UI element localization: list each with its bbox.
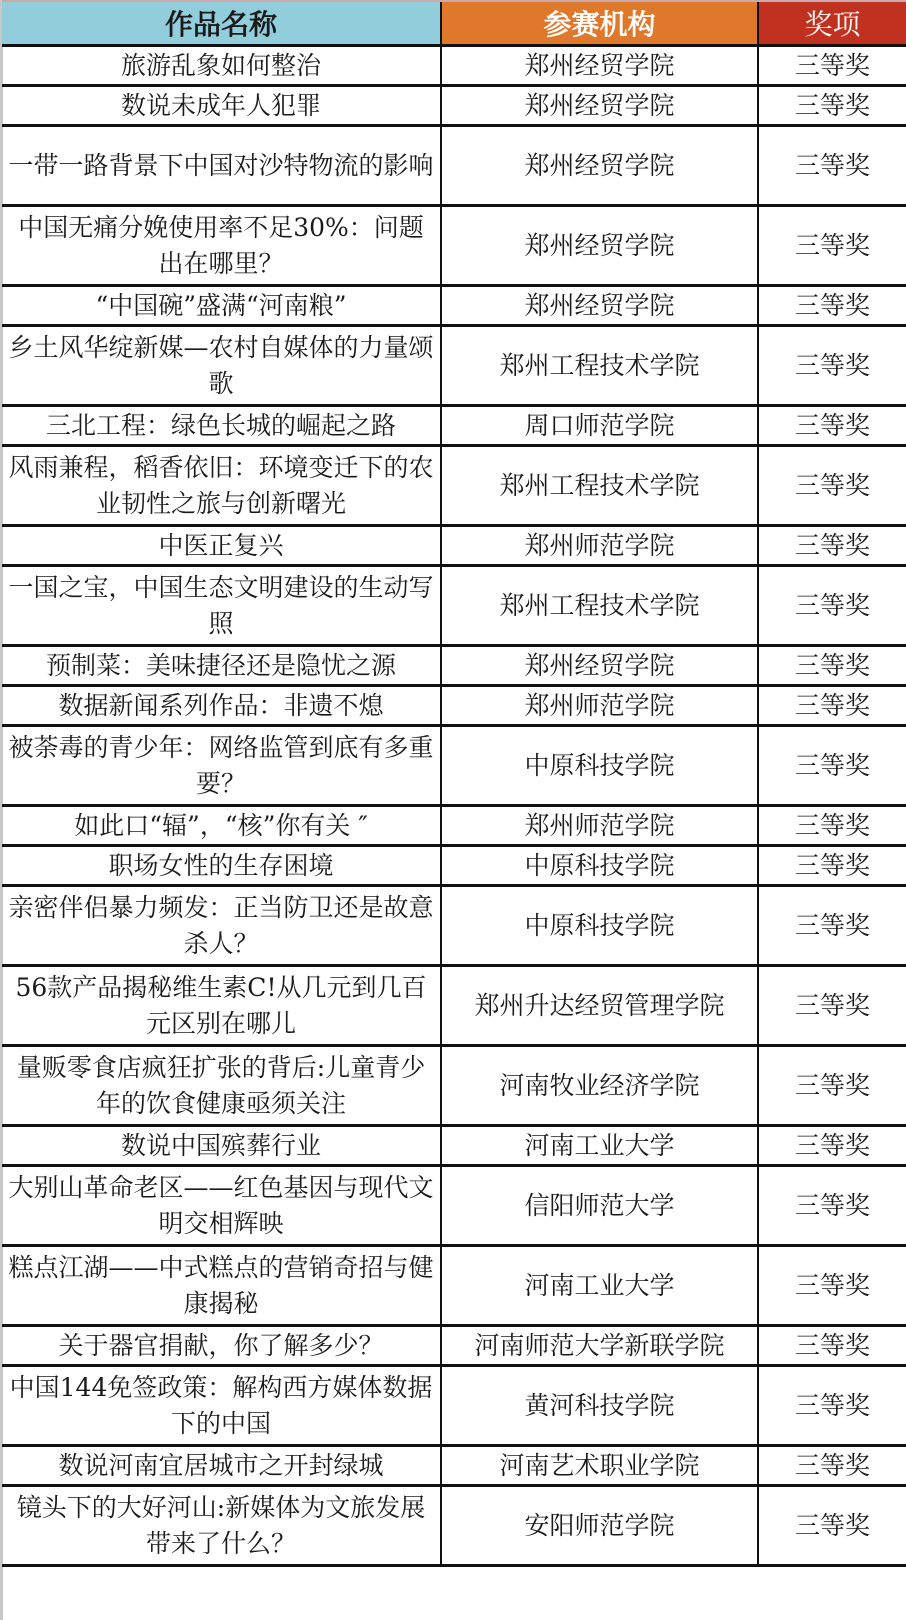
table-header-row: 作品名称 参赛机构 奖项 xyxy=(2,1,906,46)
table-row: 亲密伴侣暴力频发：正当防卫还是故意杀人？中原科技学院三等奖 xyxy=(2,886,906,966)
table-row: 三北工程：绿色长城的崛起之路周口师范学院三等奖 xyxy=(2,406,906,446)
award-cell: 三等奖 xyxy=(758,1446,906,1486)
table-body: 旅游乱象如何整治郑州经贸学院三等奖数说未成年人犯罪郑州经贸学院三等奖一带一路背景… xyxy=(2,46,906,1566)
award-list-page: 作品名称 参赛机构 奖项 旅游乱象如何整治郑州经贸学院三等奖数说未成年人犯罪郑州… xyxy=(0,0,906,1620)
table-row: 预制菜：美味捷径还是隐忧之源郑州经贸学院三等奖 xyxy=(2,646,906,686)
work-title-cell: 三北工程：绿色长城的崛起之路 xyxy=(2,406,441,446)
institution-cell: 黄河科技学院 xyxy=(441,1366,758,1446)
work-title-cell: 大别山革命老区——红色基因与现代文明交相辉映 xyxy=(2,1166,441,1246)
header-work-title: 作品名称 xyxy=(2,1,441,46)
award-cell: 三等奖 xyxy=(758,406,906,446)
work-title-cell: 预制菜：美味捷径还是隐忧之源 xyxy=(2,646,441,686)
award-cell: 三等奖 xyxy=(758,1046,906,1126)
award-cell: 三等奖 xyxy=(758,1326,906,1366)
institution-cell: 郑州师范学院 xyxy=(441,526,758,566)
work-title-cell: 中医正复兴 xyxy=(2,526,441,566)
work-title-cell: 亲密伴侣暴力频发：正当防卫还是故意杀人？ xyxy=(2,886,441,966)
table-row: 中国144免签政策：解构西方媒体数据下的中国黄河科技学院三等奖 xyxy=(2,1366,906,1446)
award-cell: 三等奖 xyxy=(758,1366,906,1446)
table-row: 中医正复兴郑州师范学院三等奖 xyxy=(2,526,906,566)
award-cell: 三等奖 xyxy=(758,126,906,206)
table-row: 关于器官捐献，你了解多少？河南师范大学新联学院三等奖 xyxy=(2,1326,906,1366)
table-row: 大别山革命老区——红色基因与现代文明交相辉映信阳师范大学三等奖 xyxy=(2,1166,906,1246)
institution-cell: 河南工业大学 xyxy=(441,1246,758,1326)
work-title-cell: 56款产品揭秘维生素C!从几元到几百元区别在哪儿 xyxy=(2,966,441,1046)
table-row: 职场女性的生存困境中原科技学院三等奖 xyxy=(2,846,906,886)
table-row: 中国无痛分娩使用率不足30%：问题出在哪里？郑州经贸学院三等奖 xyxy=(2,206,906,286)
table-row: 旅游乱象如何整治郑州经贸学院三等奖 xyxy=(2,46,906,86)
award-cell: 三等奖 xyxy=(758,726,906,806)
work-title-cell: 职场女性的生存困境 xyxy=(2,846,441,886)
award-cell: 三等奖 xyxy=(758,886,906,966)
table-row: 数据新闻系列作品：非遗不熄郑州师范学院三等奖 xyxy=(2,686,906,726)
award-cell: 三等奖 xyxy=(758,806,906,846)
work-title-cell: 风雨兼程，稻香依旧：环境变迁下的农业韧性之旅与创新曙光 xyxy=(2,446,441,526)
institution-cell: 郑州经贸学院 xyxy=(441,86,758,126)
institution-cell: 河南工业大学 xyxy=(441,1126,758,1166)
institution-cell: 周口师范学院 xyxy=(441,406,758,446)
work-title-cell: 如此口“辐”，“核”你有关 ″ xyxy=(2,806,441,846)
table-row: 风雨兼程，稻香依旧：环境变迁下的农业韧性之旅与创新曙光郑州工程技术学院三等奖 xyxy=(2,446,906,526)
award-cell: 三等奖 xyxy=(758,86,906,126)
work-title-cell: 被荼毒的青少年：网络监管到底有多重要？ xyxy=(2,726,441,806)
work-title-cell: 中国无痛分娩使用率不足30%：问题出在哪里？ xyxy=(2,206,441,286)
work-title-cell: 量贩零食店疯狂扩张的背后:儿童青少年的饮食健康亟须关注 xyxy=(2,1046,441,1126)
table-row: 56款产品揭秘维生素C!从几元到几百元区别在哪儿郑州升达经贸管理学院三等奖 xyxy=(2,966,906,1046)
award-cell: 三等奖 xyxy=(758,46,906,86)
institution-cell: 郑州经贸学院 xyxy=(441,646,758,686)
work-title-cell: 一国之宝，中国生态文明建设的生动写照 xyxy=(2,566,441,646)
award-cell: 三等奖 xyxy=(758,446,906,526)
table-row: 被荼毒的青少年：网络监管到底有多重要？中原科技学院三等奖 xyxy=(2,726,906,806)
institution-cell: 河南牧业经济学院 xyxy=(441,1046,758,1126)
work-title-cell: 一带一路背景下中国对沙特物流的影响 xyxy=(2,126,441,206)
work-title-cell: 乡土风华绽新媒—农村自媒体的力量颂歌 xyxy=(2,326,441,406)
institution-cell: 中原科技学院 xyxy=(441,846,758,886)
institution-cell: 郑州经贸学院 xyxy=(441,286,758,326)
institution-cell: 郑州工程技术学院 xyxy=(441,446,758,526)
institution-cell: 河南艺术职业学院 xyxy=(441,1446,758,1486)
work-title-cell: 数说未成年人犯罪 xyxy=(2,86,441,126)
award-cell: 三等奖 xyxy=(758,1126,906,1166)
work-title-cell: 数说河南宜居城市之开封绿城 xyxy=(2,1446,441,1486)
table-row: 一国之宝，中国生态文明建设的生动写照郑州工程技术学院三等奖 xyxy=(2,566,906,646)
award-cell: 三等奖 xyxy=(758,566,906,646)
institution-cell: 河南师范大学新联学院 xyxy=(441,1326,758,1366)
table-row: 数说河南宜居城市之开封绿城河南艺术职业学院三等奖 xyxy=(2,1446,906,1486)
work-title-cell: “中国碗”盛满“河南粮” xyxy=(2,286,441,326)
award-cell: 三等奖 xyxy=(758,686,906,726)
award-cell: 三等奖 xyxy=(758,526,906,566)
award-cell: 三等奖 xyxy=(758,966,906,1046)
institution-cell: 安阳师范学院 xyxy=(441,1486,758,1566)
institution-cell: 郑州经贸学院 xyxy=(441,206,758,286)
table-row: 镜头下的大好河山:新媒体为文旅发展带来了什么？安阳师范学院三等奖 xyxy=(2,1486,906,1566)
award-cell: 三等奖 xyxy=(758,1486,906,1566)
table-row: 乡土风华绽新媒—农村自媒体的力量颂歌郑州工程技术学院三等奖 xyxy=(2,326,906,406)
institution-cell: 郑州师范学院 xyxy=(441,806,758,846)
work-title-cell: 糕点江湖——中式糕点的营销奇招与健康揭秘 xyxy=(2,1246,441,1326)
institution-cell: 中原科技学院 xyxy=(441,886,758,966)
award-cell: 三等奖 xyxy=(758,286,906,326)
award-cell: 三等奖 xyxy=(758,1246,906,1326)
institution-cell: 郑州师范学院 xyxy=(441,686,758,726)
institution-cell: 郑州工程技术学院 xyxy=(441,326,758,406)
work-title-cell: 关于器官捐献，你了解多少？ xyxy=(2,1326,441,1366)
award-cell: 三等奖 xyxy=(758,326,906,406)
award-cell: 三等奖 xyxy=(758,646,906,686)
header-award: 奖项 xyxy=(758,1,906,46)
award-cell: 三等奖 xyxy=(758,1166,906,1246)
header-institution: 参赛机构 xyxy=(441,1,758,46)
table-row: 一带一路背景下中国对沙特物流的影响郑州经贸学院三等奖 xyxy=(2,126,906,206)
work-title-cell: 数据新闻系列作品：非遗不熄 xyxy=(2,686,441,726)
table-row: 量贩零食店疯狂扩张的背后:儿童青少年的饮食健康亟须关注河南牧业经济学院三等奖 xyxy=(2,1046,906,1126)
award-cell: 三等奖 xyxy=(758,846,906,886)
institution-cell: 信阳师范大学 xyxy=(441,1166,758,1246)
institution-cell: 中原科技学院 xyxy=(441,726,758,806)
institution-cell: 郑州经贸学院 xyxy=(441,46,758,86)
work-title-cell: 旅游乱象如何整治 xyxy=(2,46,441,86)
table-row: “中国碗”盛满“河南粮”郑州经贸学院三等奖 xyxy=(2,286,906,326)
table-row: 数说中国殡葬行业河南工业大学三等奖 xyxy=(2,1126,906,1166)
work-title-cell: 中国144免签政策：解构西方媒体数据下的中国 xyxy=(2,1366,441,1446)
work-title-cell: 镜头下的大好河山:新媒体为文旅发展带来了什么？ xyxy=(2,1486,441,1566)
institution-cell: 郑州升达经贸管理学院 xyxy=(441,966,758,1046)
work-title-cell: 数说中国殡葬行业 xyxy=(2,1126,441,1166)
award-table: 作品名称 参赛机构 奖项 旅游乱象如何整治郑州经贸学院三等奖数说未成年人犯罪郑州… xyxy=(2,0,906,1567)
table-row: 如此口“辐”，“核”你有关 ″郑州师范学院三等奖 xyxy=(2,806,906,846)
institution-cell: 郑州工程技术学院 xyxy=(441,566,758,646)
institution-cell: 郑州经贸学院 xyxy=(441,126,758,206)
award-cell: 三等奖 xyxy=(758,206,906,286)
table-row: 数说未成年人犯罪郑州经贸学院三等奖 xyxy=(2,86,906,126)
table-row: 糕点江湖——中式糕点的营销奇招与健康揭秘河南工业大学三等奖 xyxy=(2,1246,906,1326)
